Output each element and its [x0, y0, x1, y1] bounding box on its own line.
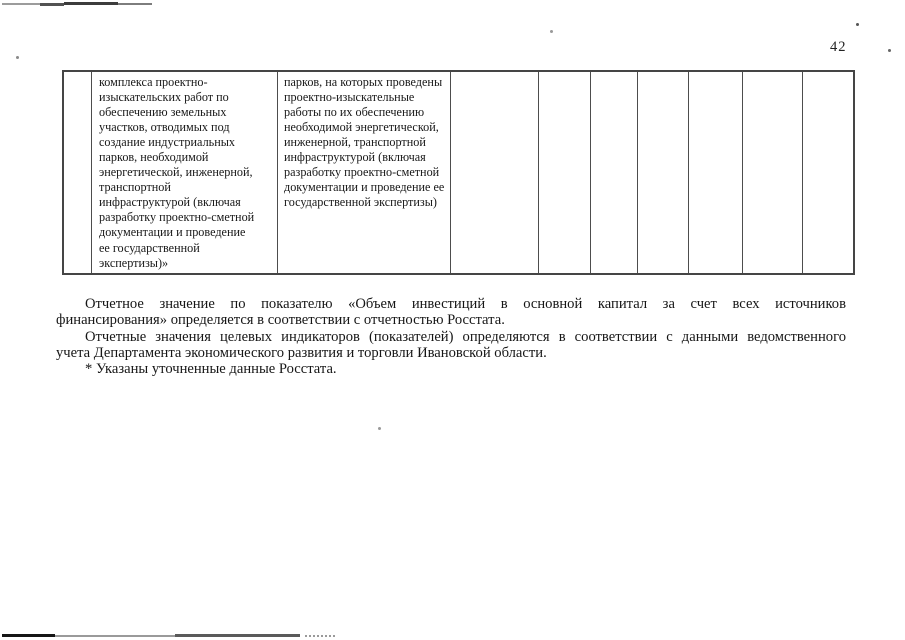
scan-artifact-top-line-4: [118, 3, 152, 5]
scan-speck: [16, 56, 19, 59]
scan-speck: [550, 30, 553, 33]
paragraph-1-line-1: Отчетное значение по показателю «Объем и…: [56, 296, 846, 312]
table-cell-empty: [591, 72, 638, 273]
scan-artifact-bottom-line-2: [55, 635, 175, 637]
paragraph-2-line-2: учета Департамента экономического развит…: [56, 345, 846, 361]
page-number: 42: [830, 39, 847, 56]
scan-artifact-top-line-1: [2, 3, 40, 5]
table-cell-empty: [539, 72, 591, 273]
scan-artifact-bottom-line-1: [2, 634, 55, 637]
table-cell-empty: [743, 72, 803, 273]
continuation-table: комплекса проектно-изыскательских работ …: [62, 70, 855, 275]
footnote-line: * Указаны уточненные данные Росстата.: [56, 361, 846, 377]
scan-artifact-bottom-line-4: [305, 635, 335, 637]
paragraph-2-line-1: Отчетные значения целевых индикаторов (п…: [56, 329, 846, 345]
indicator-text: парков, на которых проведеныпроектно-изы…: [284, 75, 447, 210]
scan-artifact-bottom-line-3: [175, 634, 300, 637]
table-cell-empty: [451, 72, 539, 273]
table-cell-activity: комплекса проектно-изыскательских работ …: [92, 72, 278, 273]
body-text: Отчетное значение по показателю «Объем и…: [56, 296, 846, 377]
table-cell-row-number: [64, 72, 92, 273]
scan-speck: [378, 427, 381, 430]
activity-text: комплекса проектно-изыскательских работ …: [99, 75, 273, 271]
paragraph-1-line-2: финансирования» определяется в соответст…: [56, 312, 846, 328]
scan-speck: [856, 23, 859, 26]
table-cell-empty: [638, 72, 689, 273]
table-cell-indicator: парков, на которых проведеныпроектно-изы…: [278, 72, 451, 273]
table-cell-empty: [803, 72, 853, 273]
scan-speck: [888, 49, 891, 52]
scan-artifact-top-line-3: [64, 2, 118, 5]
table-cell-empty: [689, 72, 743, 273]
scan-artifact-top-line-2: [40, 3, 64, 6]
